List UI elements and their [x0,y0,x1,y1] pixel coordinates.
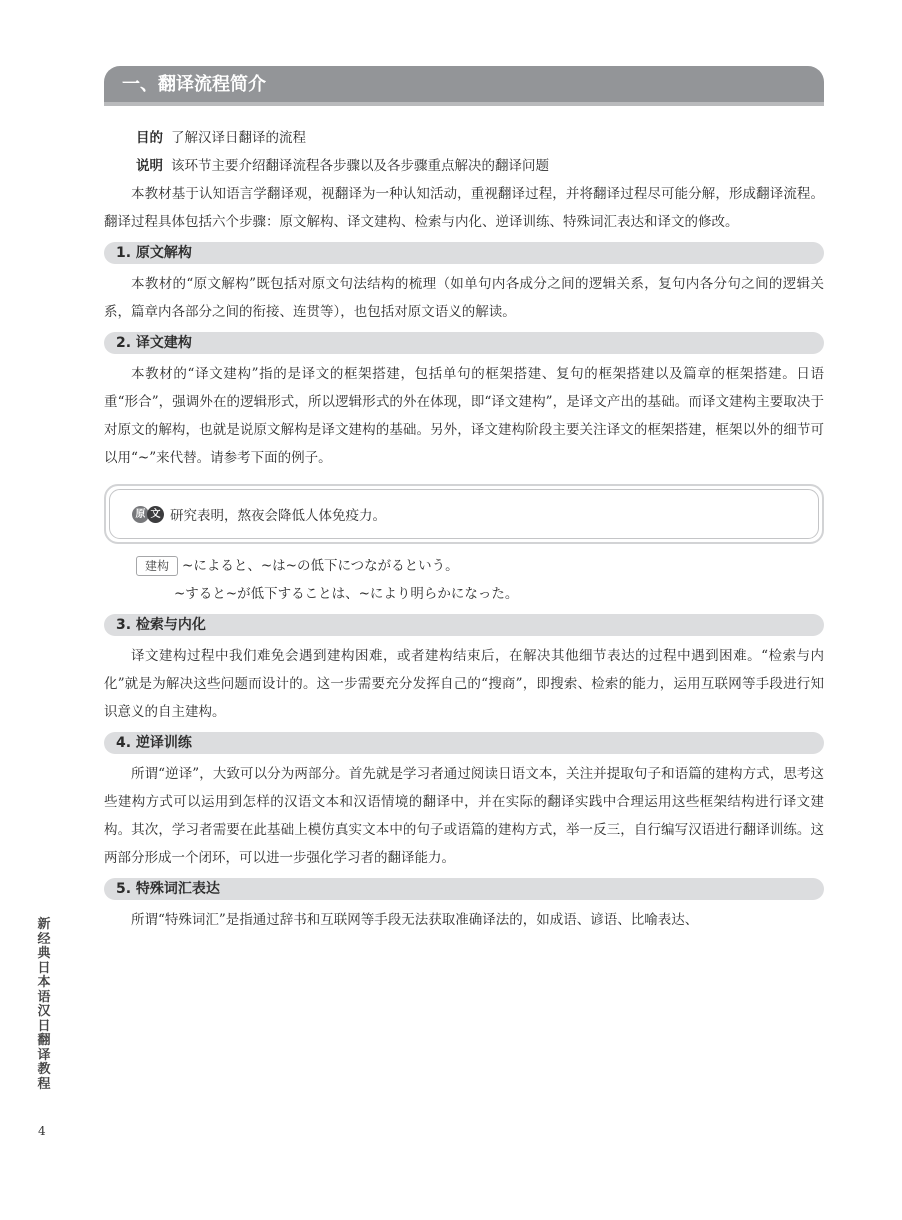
intro-paragraph: 本教材基于认知语言学翻译观，视翻译为一种认知活动，重视翻译过程，并将翻译过程尽可… [104,180,824,236]
purpose-label: 目的 [136,130,163,146]
book-title-vertical: 新经典日本语汉日翻译教程 [36,918,52,1092]
section-4-paragraph: 所谓“逆译”，大致可以分为两部分。首先就是学习者通过阅读日语文本，关注并提取句子… [104,760,824,872]
source-text-badge-icon: 原 文 [132,506,164,523]
construct-tag: 建构 [136,556,178,576]
purpose-line: 目的了解汉译日翻译的流程 [136,124,824,152]
section-heading-4: 4. 逆译训练 [104,732,824,754]
page-content: 一、翻译流程简介 目的了解汉译日翻译的流程 说明该环节主要介绍翻译流程各步骤以及… [104,66,824,934]
construct-row: 建构 ~によると、~は~の低下につながるという。 [136,552,824,580]
note-line: 说明该环节主要介绍翻译流程各步骤以及各步骤重点解决的翻译问题 [136,152,824,180]
chapter-heading: 一、翻译流程简介 [104,66,824,106]
example-source-text: 研究表明，熬夜会降低人体免疫力。 [170,504,386,524]
purpose-text: 了解汉译日翻译的流程 [171,130,306,146]
section-3-paragraph: 译文建构过程中我们难免会遇到建构困难，或者建构结束后，在解决其他细节表达的过程中… [104,642,824,726]
example-source-box: 原 文 研究表明，熬夜会降低人体免疫力。 [104,484,824,544]
page-number: 4 [38,1124,46,1138]
construct-line-2: ~すると~が低下することは、~により明らかになった。 [174,580,824,608]
section-heading-1: 1. 原文解构 [104,242,824,264]
section-heading-3: 3. 检索与内化 [104,614,824,636]
section-heading-5: 5. 特殊词汇表达 [104,878,824,900]
note-label: 说明 [136,158,163,174]
section-1-paragraph: 本教材的“原文解构”既包括对原文句法结构的梳理（如单句内各成分之间的逻辑关系，复… [104,270,824,326]
construct-line-1: ~によると、~は~の低下につながるという。 [182,552,459,580]
badge-char-2: 文 [147,506,164,523]
section-heading-2: 2. 译文建构 [104,332,824,354]
section-2-paragraph: 本教材的“译文建构”指的是译文的框架搭建，包括单句的框架搭建、复句的框架搭建以及… [104,360,824,472]
note-text: 该环节主要介绍翻译流程各步骤以及各步骤重点解决的翻译问题 [171,158,549,174]
section-5-paragraph: 所谓“特殊词汇”是指通过辞书和互联网等手段无法获取准确译法的，如成语、谚语、比喻… [104,906,824,934]
example-source-inner: 原 文 研究表明，熬夜会降低人体免疫力。 [109,489,819,539]
